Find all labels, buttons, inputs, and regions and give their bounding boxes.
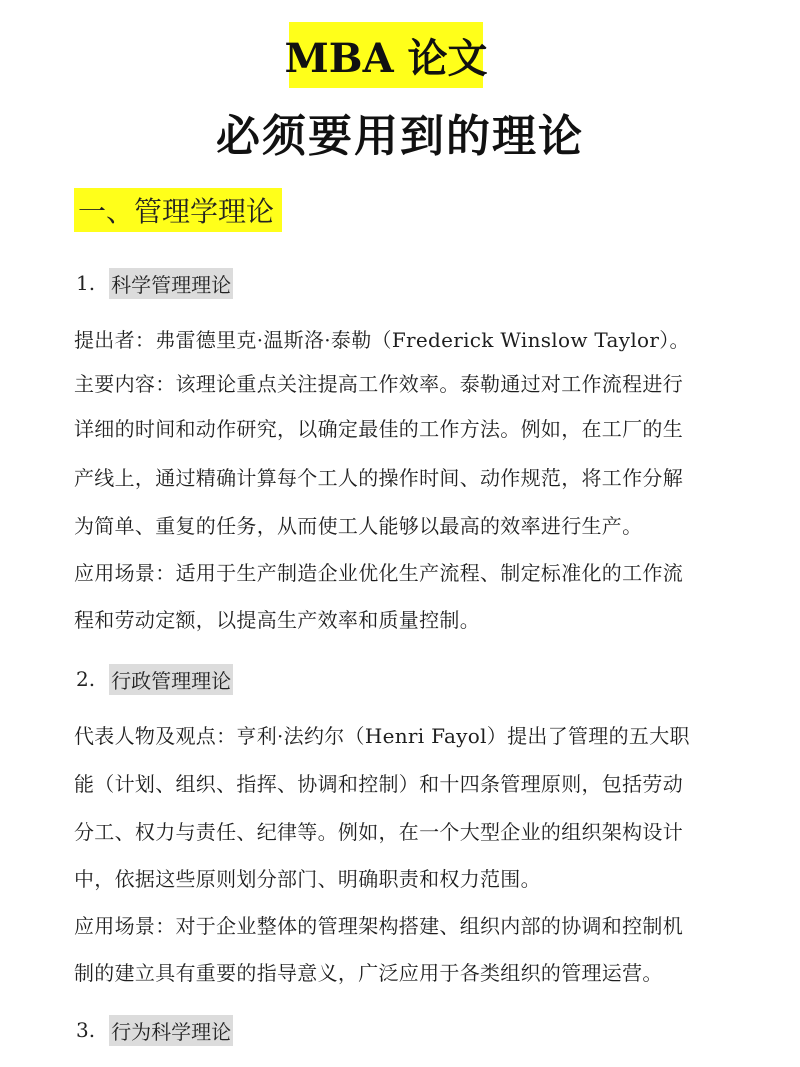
paragraph-line: 中，依据这些原则划分部门、明确职责和权力范围。	[74, 866, 734, 892]
page-subtitle: 必须要用到的理论	[0, 100, 800, 164]
paragraph-line: 分工、权力与责任、纪律等。例如，在一个大型企业的组织架构设计	[74, 819, 734, 845]
theory-number: 1.	[76, 271, 95, 295]
paragraph-line: 产线上，通过精确计算每个工人的操作时间、动作规范，将工作分解	[74, 465, 734, 491]
paragraph-line: 能（计划、组织、指挥、协调和控制）和十四条管理原则，包括劳动	[74, 771, 734, 797]
paragraph-line: 提出者：弗雷德里克·温斯洛·泰勒（Frederick Winslow Taylo…	[74, 327, 734, 353]
theory-number: 2.	[76, 667, 95, 691]
theory-heading-1: 1. 科学管理理论	[76, 268, 233, 298]
page-title: MBA 论文	[284, 27, 487, 84]
paragraph-line: 程和劳动定额，以提高生产效率和质量控制。	[74, 607, 734, 633]
paragraph-line: 详细的时间和动作研究，以确定最佳的工作方法。例如，在工厂的生	[74, 416, 734, 442]
paragraph-line: 应用场景：对于企业整体的管理架构搭建、组织内部的协调和控制机	[74, 913, 734, 939]
paragraph-line: 制的建立具有重要的指导意义，广泛应用于各类组织的管理运营。	[74, 960, 734, 986]
paragraph-line: 代表人物及观点：亨利·法约尔（Henri Fayol）提出了管理的五大职	[74, 723, 734, 749]
paragraph-line: 为简单、重复的任务，从而使工人能够以最高的效率进行生产。	[74, 513, 734, 539]
theory-name: 行政管理理论	[109, 664, 233, 695]
section-heading-management: 一、管理学理论	[74, 188, 282, 232]
theory-heading-2: 2. 行政管理理论	[76, 664, 233, 694]
theory-heading-3: 3. 行为科学理论	[76, 1015, 233, 1045]
title-highlight-box: MBA 论文	[289, 22, 483, 88]
paragraph-line: 应用场景：适用于生产制造企业优化生产流程、制定标准化的工作流	[74, 560, 734, 586]
theory-number: 3.	[76, 1018, 95, 1042]
paragraph-line: 主要内容：该理论重点关注提高工作效率。泰勒通过对工作流程进行	[74, 371, 734, 397]
theory-name: 行为科学理论	[109, 1015, 233, 1046]
document-page: MBA 论文 必须要用到的理论 一、管理学理论 1. 科学管理理论 提出者：弗雷…	[0, 0, 800, 1067]
theory-name: 科学管理理论	[109, 268, 233, 299]
